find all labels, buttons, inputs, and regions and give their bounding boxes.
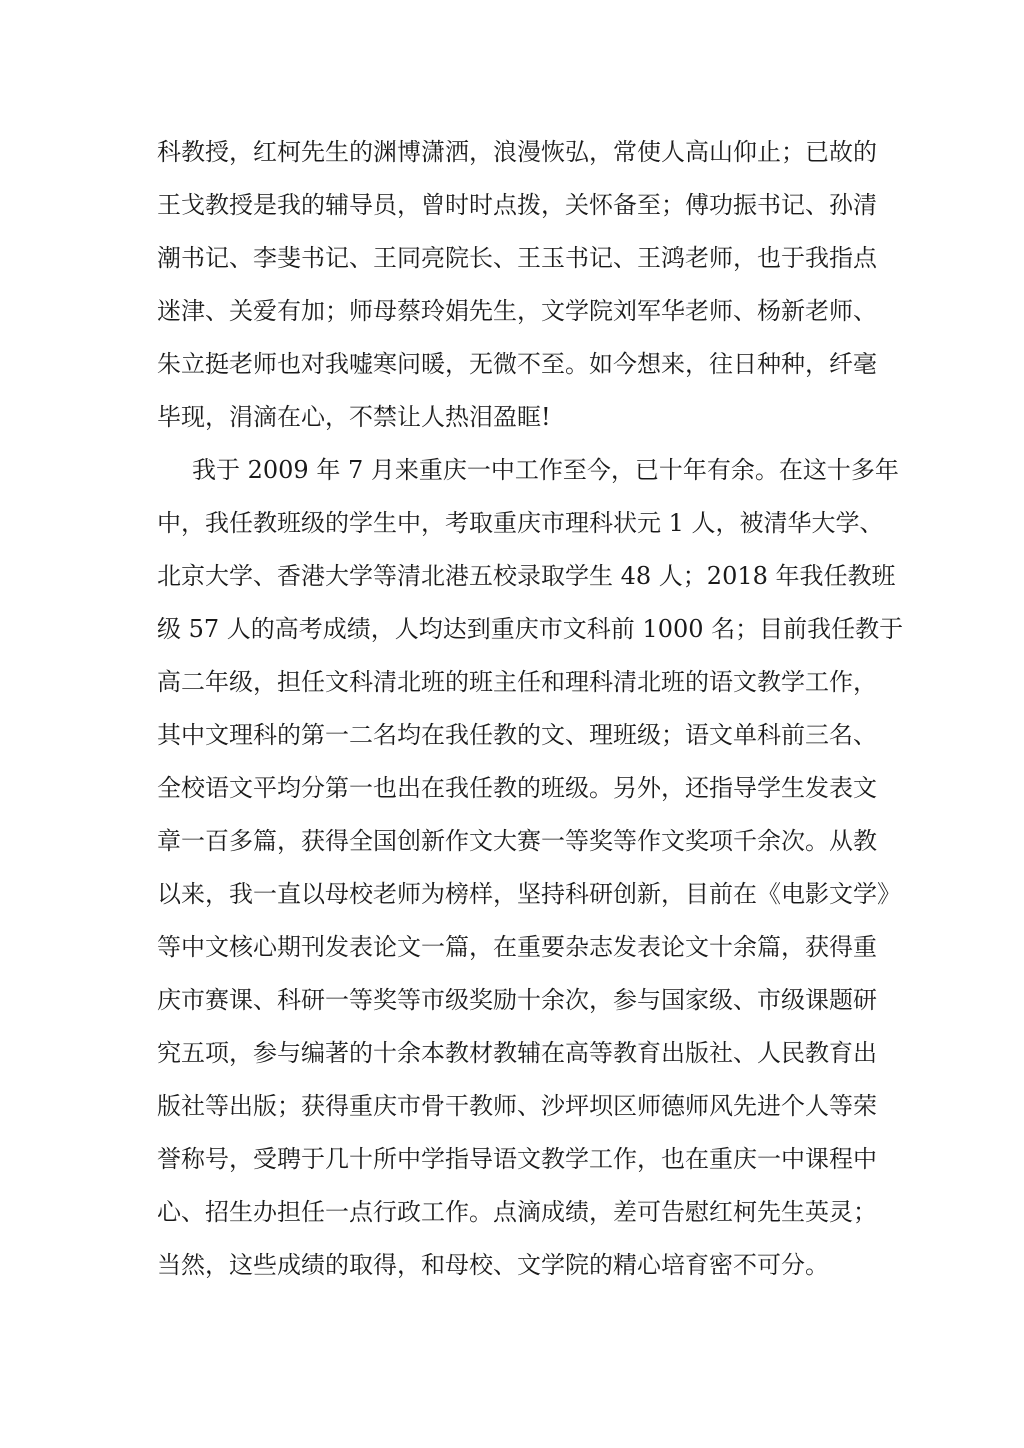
text-line: 科教授，红柯先生的渊博潇洒，浪漫恢弘，常使人高山仰止；已故的 [157, 133, 869, 186]
document-page: 科教授，红柯先生的渊博潇洒，浪漫恢弘，常使人高山仰止；已故的 王戈教授是我的辅导… [0, 0, 1024, 1448]
document-body: 科教授，红柯先生的渊博潇洒，浪漫恢弘，常使人高山仰止；已故的 王戈教授是我的辅导… [157, 133, 869, 1299]
text-line: 迷津、关爱有加；师母蔡玲娟先生，文学院刘军华老师、杨新老师、 [157, 292, 869, 345]
paragraph-2: 我于 2009 年 7 月来重庆一中工作至今，已十年有余。在这十多年 中，我任教… [157, 451, 869, 1299]
paragraph-1: 科教授，红柯先生的渊博潇洒，浪漫恢弘，常使人高山仰止；已故的 王戈教授是我的辅导… [157, 133, 869, 451]
text-line: 庆市赛课、科研一等奖等市级奖励十余次，参与国家级、市级课题研 [157, 981, 869, 1034]
text-line: 当然，这些成绩的取得，和母校、文学院的精心培育密不可分。 [157, 1246, 869, 1299]
text-line: 北京大学、香港大学等清北港五校录取学生 48 人；2018 年我任教班 [157, 557, 869, 610]
text-line: 心、招生办担任一点行政工作。点滴成绩，差可告慰红柯先生英灵； [157, 1193, 869, 1246]
text-line: 章一百多篇，获得全国创新作文大赛一等奖等作文奖项千余次。从教 [157, 822, 869, 875]
text-line: 王戈教授是我的辅导员，曾时时点拨，关怀备至；傅功振书记、孙清 [157, 186, 869, 239]
text-line: 中，我任教班级的学生中，考取重庆市理科状元 1 人，被清华大学、 [157, 504, 869, 557]
text-line: 潮书记、李斐书记、王同亮院长、王玉书记、王鸿老师，也于我指点 [157, 239, 869, 292]
text-line: 我于 2009 年 7 月来重庆一中工作至今，已十年有余。在这十多年 [157, 451, 869, 504]
text-line: 级 57 人的高考成绩，人均达到重庆市文科前 1000 名；目前我任教于 [157, 610, 869, 663]
text-line: 等中文核心期刊发表论文一篇，在重要杂志发表论文十余篇，获得重 [157, 928, 869, 981]
text-line: 版社等出版；获得重庆市骨干教师、沙坪坝区师德师风先进个人等荣 [157, 1087, 869, 1140]
text-line: 朱立挺老师也对我嘘寒问暖，无微不至。如今想来，往日种种，纤毫 [157, 345, 869, 398]
text-line: 誉称号，受聘于几十所中学指导语文教学工作，也在重庆一中课程中 [157, 1140, 869, 1193]
text-line: 以来，我一直以母校老师为榜样，坚持科研创新，目前在《电影文学》 [157, 875, 869, 928]
text-line: 其中文理科的第一二名均在我任教的文、理班级；语文单科前三名、 [157, 716, 869, 769]
text-line: 毕现，涓滴在心，不禁让人热泪盈眶! [157, 398, 869, 451]
text-line: 高二年级，担任文科清北班的班主任和理科清北班的语文教学工作， [157, 663, 869, 716]
text-line: 全校语文平均分第一也出在我任教的班级。另外，还指导学生发表文 [157, 769, 869, 822]
text-line: 究五项，参与编著的十余本教材教辅在高等教育出版社、人民教育出 [157, 1034, 869, 1087]
